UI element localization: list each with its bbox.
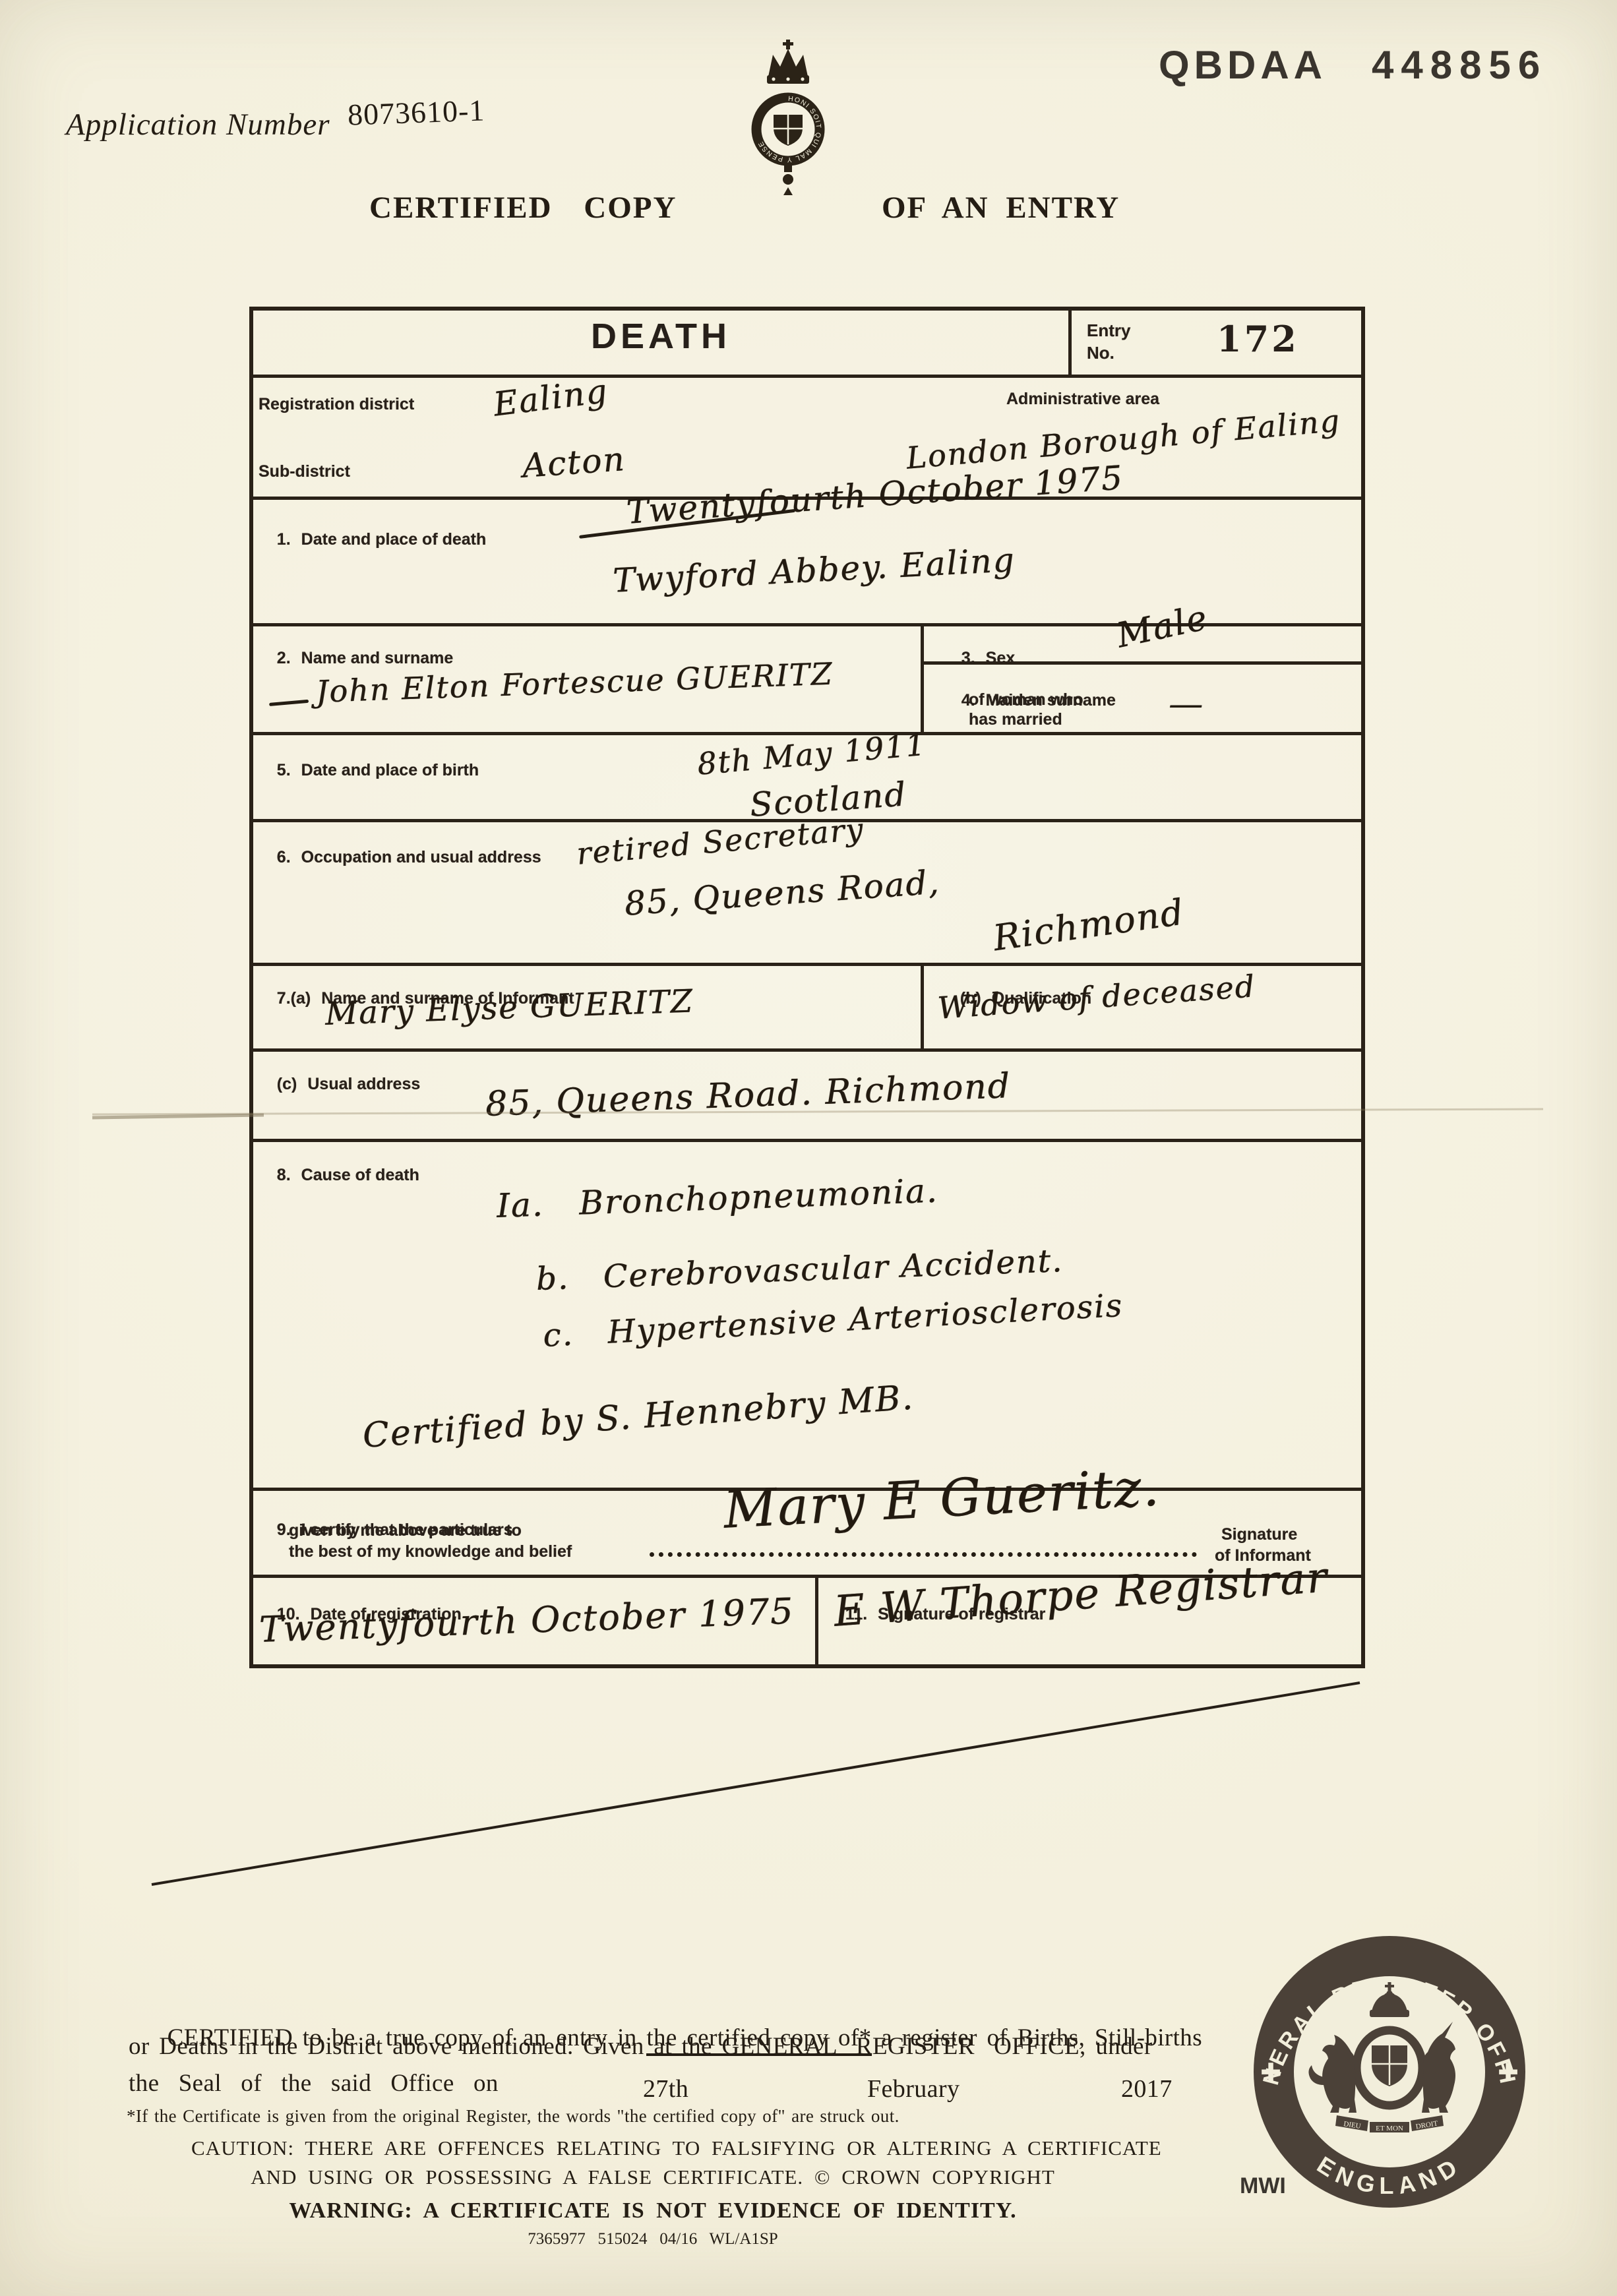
title-of-an-entry: OF AN ENTRY (882, 190, 1120, 226)
seal-motto-center: ET MON (1376, 2125, 1403, 2132)
certification-line3: the Seal of the said Office on (129, 2069, 499, 2098)
rule-f2-bottom (253, 732, 1361, 735)
field1-label: 1.Date and place of death (259, 509, 486, 570)
rule-f7ab-bottom (253, 1048, 1361, 1052)
diagonal-pen-line (152, 1683, 1360, 1885)
sub-district-label: Sub-district (259, 462, 350, 482)
rule-registrar-divider (815, 1575, 818, 1666)
seal-cross-left-icon: ✚ (1260, 2059, 1281, 2087)
administrative-area-label: Administrative area (1006, 389, 1159, 409)
field4-label-line2: of woman who (969, 690, 1083, 710)
rule-sex-divider (921, 623, 924, 735)
entry-no-value: 172 (1217, 318, 1299, 360)
title-certified-copy: CERTIFIED COPY (369, 190, 677, 226)
serial-number: 448856 (1372, 42, 1547, 88)
certification-line2: or Deaths in the District above mentione… (129, 2032, 1153, 2061)
rule-f6-bottom (253, 963, 1361, 966)
royal-crest-icon: HONI SOIT QUI MAL Y PENSE (740, 37, 836, 199)
application-number-label: Application Number (66, 107, 330, 142)
rule-qualification-divider (921, 963, 924, 1050)
field9-label-line3: the best of my knowledge and belief (289, 1542, 572, 1562)
rule-f7c-bottom (253, 1139, 1361, 1142)
seal-cross-right-icon: ✚ (1498, 2059, 1519, 2087)
application-number-value: 8073610-1 (347, 92, 485, 132)
certification-footnote: *If the Certificate is given from the or… (127, 2106, 900, 2127)
signature-of-informant-label-line1: Signature (1221, 1525, 1297, 1545)
seal-date-month: February (867, 2074, 960, 2103)
caution-line1: CAUTION: THERE ARE OFFENCES RELATING TO … (191, 2136, 1114, 2160)
field5-label: 5.Date and place of birth (259, 740, 479, 801)
seal-date-year: 2017 (1121, 2074, 1173, 2103)
warning-line: WARNING: A CERTIFICATE IS NOT EVIDENCE O… (191, 2198, 1114, 2223)
entry-no-label-line1: Entry (1087, 320, 1130, 341)
signature-dotted-line (650, 1542, 1197, 1557)
field7c-label: (c)Usual address (259, 1054, 420, 1115)
fold-crease-edge (92, 1115, 264, 1118)
print-code: 7365977 515024 04/16 WL/A1SP (191, 2230, 1114, 2249)
rule-entry-divider (1068, 311, 1072, 377)
entry-no-label-line2: No. (1087, 343, 1114, 363)
field6-label: 6.Occupation and usual address (259, 827, 541, 888)
seal-date-day: 27th (643, 2074, 688, 2103)
caution-line2: AND USING OR POSSESSING A FALSE CERTIFIC… (191, 2165, 1114, 2189)
field9-label-line2: given by me above are true to (289, 1521, 522, 1541)
field4-label-line3: has married (969, 710, 1062, 730)
gro-seal-icon: GENERAL REGISTER OFFICE ENGLAND ✚ ✚ DIEU… (1248, 1931, 1531, 2213)
rule-header-bottom (253, 375, 1361, 378)
sub-district-value: Acton (521, 440, 626, 485)
registration-district-label: Registration district (259, 394, 414, 415)
serial-stamp: QBDAA 448856 (1159, 42, 1547, 88)
field4-value: — (1169, 684, 1204, 724)
field8-label: 8.Cause of death (259, 1145, 419, 1206)
form-title: DEATH (253, 316, 1068, 357)
death-certificate-page: Application Number 8073610-1 HONI SOIT Q… (0, 0, 1617, 2296)
serial-prefix: QBDAA (1159, 42, 1327, 88)
